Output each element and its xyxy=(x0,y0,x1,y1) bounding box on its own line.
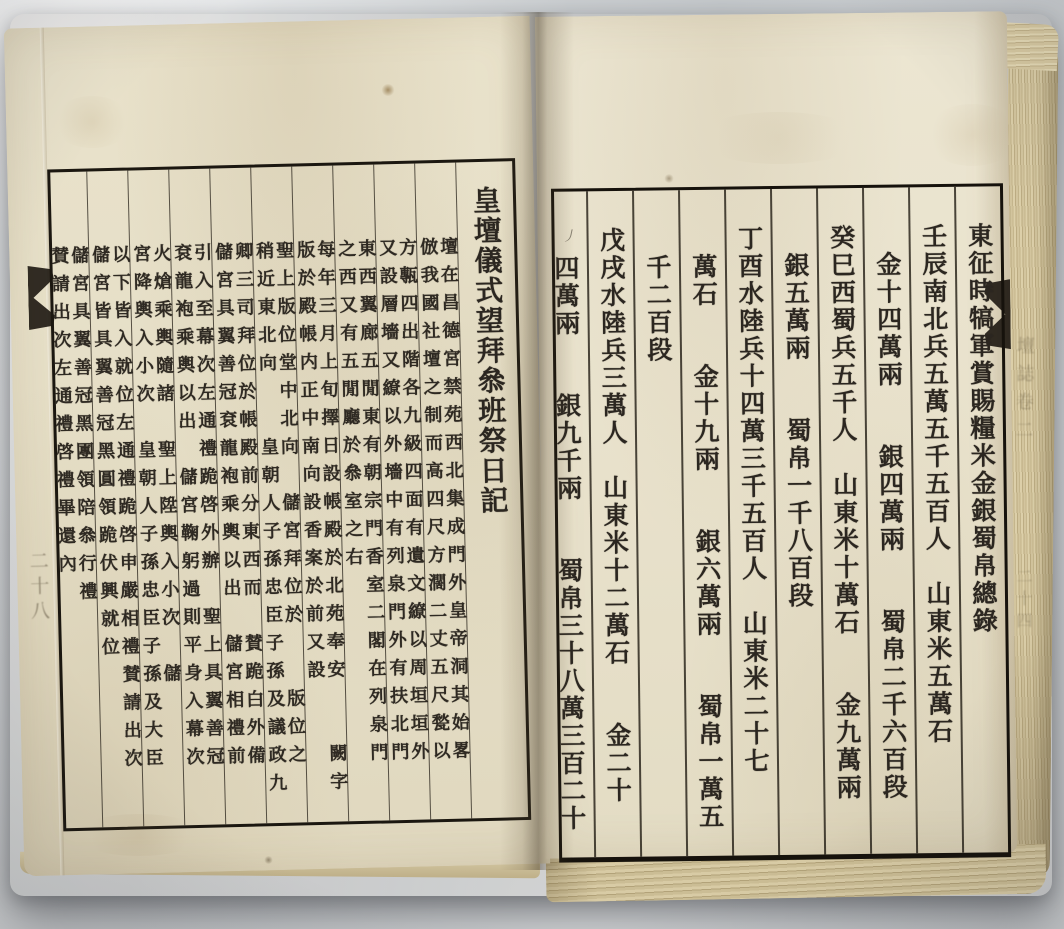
photo-of-open-book: 二十八 皇壇儀式望拜叅班祭日記 壇在昌德宮禁苑西北集成門外皇帝洞其始畧 倣我國社… xyxy=(0,0,1064,929)
left-margin-page-number: 二十八 xyxy=(24,551,53,627)
right-text-frame: 東征時犒軍賞賜糧米金銀蜀帛總錄 壬辰南北兵五萬五千五百人 山東米五萬石 金十四萬… xyxy=(551,183,1011,862)
right-column-2: 壬辰南北兵五萬五千五百人 山東米五萬石 xyxy=(908,187,962,854)
fore-edge-bleedthrough-page-number: 二十四 xyxy=(1012,568,1035,634)
right-column-4: 癸巳西蜀兵五千人 山東米十萬石 金九萬兩 xyxy=(816,188,870,855)
right-column-7: 萬石 金十九兩 銀六萬兩 蜀帛一萬五 xyxy=(678,190,732,857)
right-column-5: 銀五萬兩 蜀帛一千八百段 xyxy=(770,188,824,855)
right-column-1-title: 東征時犒軍賞賜糧米金銀蜀帛總錄 xyxy=(954,186,1008,853)
right-column-9: 戊戌水陸兵三萬人 山東米十二萬石 金二十 xyxy=(586,191,640,858)
right-column-8: 千二百段 xyxy=(632,190,686,857)
left-page: 二十八 皇壇儀式望拜叅班祭日記 壇在昌德宮禁苑西北集成門外皇帝洞其始畧 倣我國社… xyxy=(4,16,551,877)
left-text-frame: 皇壇儀式望拜叅班祭日記 壇在昌德宮禁苑西北集成門外皇帝洞其始畧 倣我國社壇之制而… xyxy=(47,158,531,831)
fore-edge-bleedthrough-title: 壇誌卷二 xyxy=(1009,336,1037,448)
right-column-3: 金十四萬兩 銀四萬兩 蜀帛二千六百段 xyxy=(862,187,916,854)
right-page: 東征時犒軍賞賜糧米金銀蜀帛總錄 壬辰南北兵五萬五千五百人 山東米五萬石 金十四萬… xyxy=(535,11,1017,859)
right-column-6: 丁酉水陸兵十四萬三千五百人 山東米二十七 xyxy=(724,189,778,856)
